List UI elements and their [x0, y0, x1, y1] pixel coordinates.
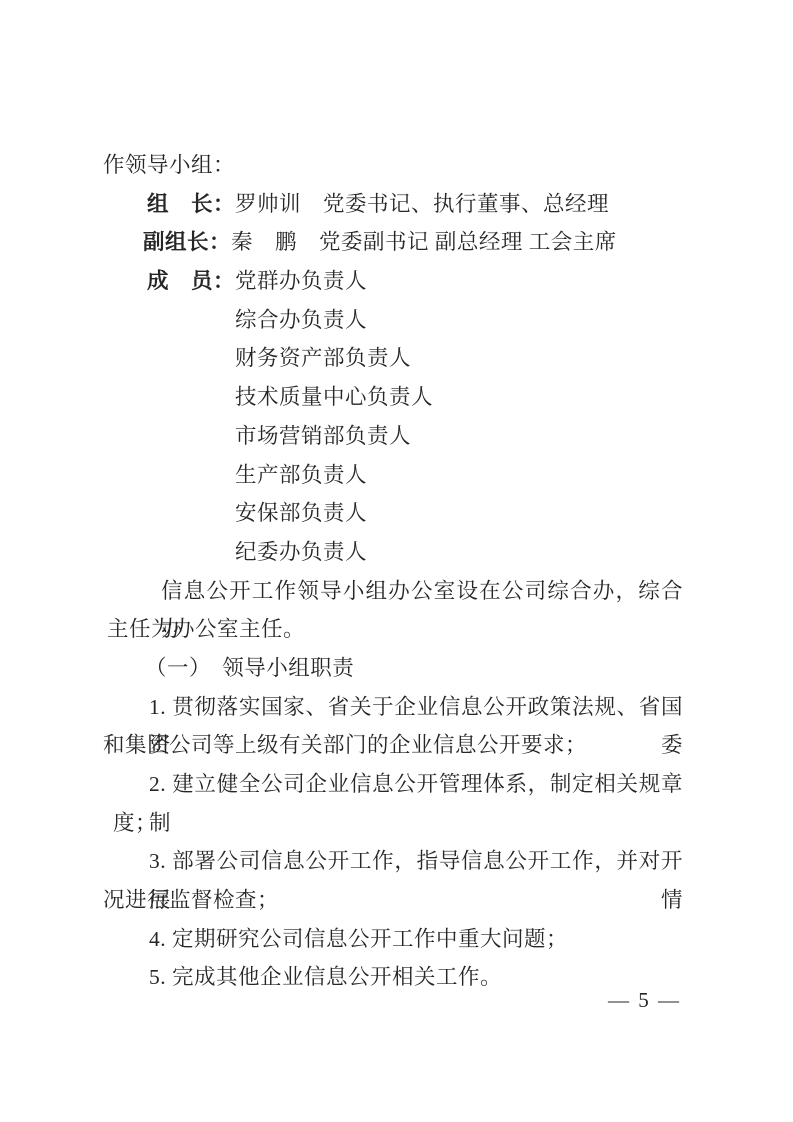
paragraph-office: 主任为办公室主任。 [103, 610, 683, 649]
member-item: 市场营销部负责人 [103, 417, 683, 456]
line-text: 罗帅训 党委书记、执行董事、总经理 [235, 192, 609, 216]
line-text: 党群办负责人 [235, 269, 367, 293]
role-label: 副组长： [143, 230, 231, 254]
document-page: 作领导小组：组 长：罗帅训 党委书记、执行董事、总经理副组长：秦 鹏 党委副书记… [0, 0, 793, 1122]
role-label: 成 员： [147, 269, 235, 293]
duty-item-2: 度； [103, 804, 683, 843]
member-item: 安保部负责人 [103, 494, 683, 533]
paragraph-office: 信息公开工作领导小组办公室设在公司综合办，综合办 [103, 572, 683, 611]
paragraph-continuation: 作领导小组： [103, 146, 683, 185]
duty-item-1: 1. 贯彻落实国家、省关于企业信息公开政策法规、省国资委 [103, 688, 683, 727]
role-label: 组 长： [147, 192, 235, 216]
member-item: 纪委办负责人 [103, 533, 683, 572]
member-item: 生产部负责人 [103, 456, 683, 495]
member-item: 技术质量中心负责人 [103, 378, 683, 417]
section-heading: （一） 领导小组职责 [103, 649, 683, 688]
member-item: 财务资产部负责人 [103, 339, 683, 378]
member-item: 综合办负责人 [103, 301, 683, 340]
role-line-leader: 组 长：罗帅训 党委书记、执行董事、总经理 [103, 185, 683, 224]
duty-item-5: 5. 完成其他企业信息公开相关工作。 [103, 958, 683, 997]
role-line-members: 成 员：党群办负责人 [103, 262, 683, 301]
page-number: — 5 — [608, 985, 681, 1015]
duty-item-3: 3. 部署公司信息公开工作，指导信息公开工作，并对开展情 [103, 842, 683, 881]
duty-item-2: 2. 建立健全公司企业信息公开管理体系，制定相关规章制 [103, 765, 683, 804]
line-text: 秦 鹏 党委副书记 副总经理 工会主席 [231, 230, 617, 254]
duty-item-4: 4. 定期研究公司信息公开工作中重大问题； [103, 920, 683, 959]
document-body: 作领导小组：组 长：罗帅训 党委书记、执行董事、总经理副组长：秦 鹏 党委副书记… [103, 146, 683, 997]
role-line-deputy: 副组长：秦 鹏 党委副书记 副总经理 工会主席 [103, 223, 683, 262]
